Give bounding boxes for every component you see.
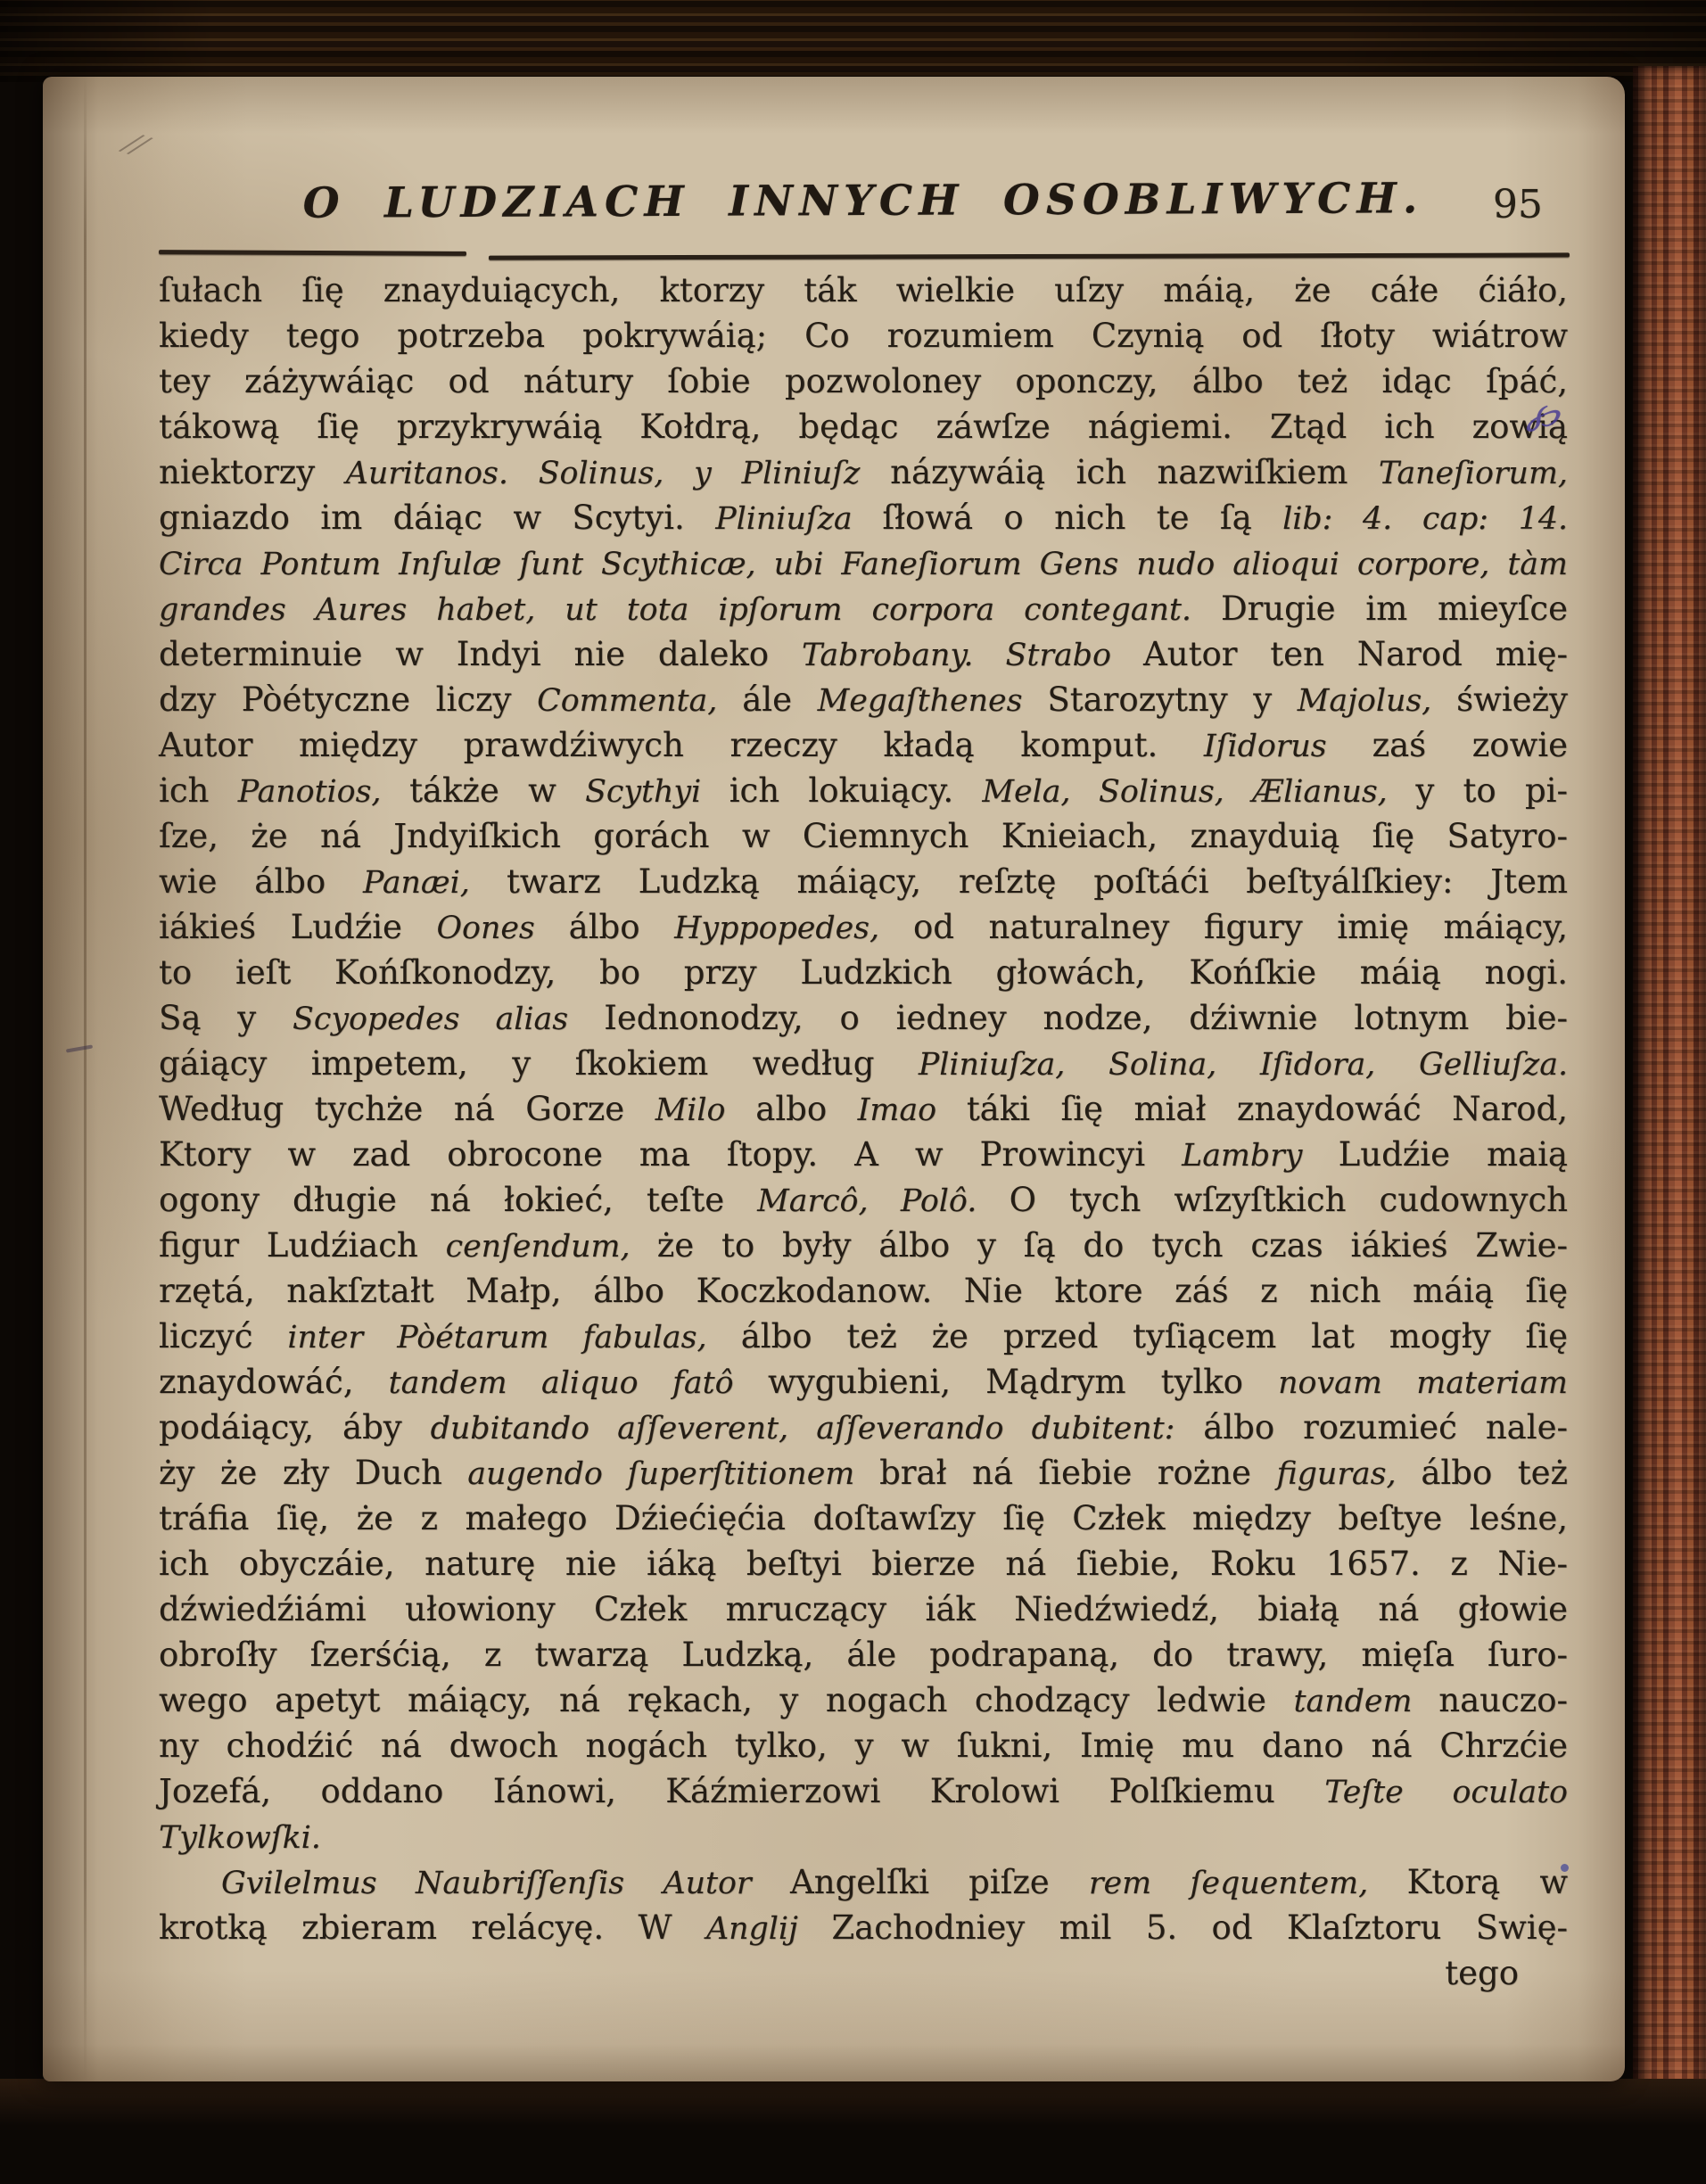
text-line: determinuie w Indyi nie daleko Tabrobany… xyxy=(159,631,1568,677)
text-line: Jozefá, oddano Iánowi, Káźmierzowi Krolo… xyxy=(159,1768,1568,1814)
text-line: ich Panotios, tákże w Scythyi ich lokuią… xyxy=(159,768,1568,813)
book-fore-edge xyxy=(1633,66,1706,2108)
text-line: tráfia ſię, że z małego Dźiećięćia doſta… xyxy=(159,1496,1568,1541)
text-line: ogony długie ná łokieć, teſte Marcô, Pol… xyxy=(159,1177,1568,1223)
text-line: Tylkowſki. xyxy=(159,1814,1568,1859)
text-line: Autor między prawdźiwych rzeczy kładą ko… xyxy=(159,722,1568,768)
catchword: tego xyxy=(159,1950,1568,1996)
text-line: Circa Pontum Inſulæ ſunt Scythicæ, ubi F… xyxy=(159,540,1568,586)
margin-pen-dash xyxy=(66,1044,93,1052)
text-line: wie álbo Panæi, twarz Ludzką máiący, reſ… xyxy=(159,859,1568,904)
text-line: figur Ludźiach cenſendum, że to były álb… xyxy=(159,1223,1568,1268)
text-line: tákową ſię przykrywáią Kołdrą, będąc záw… xyxy=(159,404,1568,449)
text-line: ich obyczáie, naturę nie iáką beſtyi bie… xyxy=(159,1541,1568,1586)
text-line: ny chodźić ná dwoch nogách tylko, y w ſu… xyxy=(159,1723,1568,1768)
book-scan: ⁄⁄ O LUDZIACH INNYCH OSOBLIWYCH. 95 ſuła… xyxy=(0,0,1706,2184)
text-line: ſułach ſię znayduiących, ktorzy ták wiel… xyxy=(159,268,1568,313)
text-line: gáiący impetem, y ſkokiem według Pliniuſ… xyxy=(159,1041,1568,1086)
header-rule-left xyxy=(159,250,466,256)
page-title: O LUDZIACH INNYCH OSOBLIWYCH. xyxy=(159,174,1568,229)
text-line: dźwiedźiámi ułowiony Człek mruczący iák … xyxy=(159,1586,1568,1632)
body-text: ſułach ſię znayduiących, ktorzy ták wiel… xyxy=(159,268,1568,1996)
header-rule-right xyxy=(489,252,1570,260)
text-line: Są y Scyopedes alias Iednonodzy, o iedne… xyxy=(159,995,1568,1041)
corner-pen-mark: ⁄⁄ xyxy=(123,127,151,166)
book-page: ⁄⁄ O LUDZIACH INNYCH OSOBLIWYCH. 95 ſuła… xyxy=(43,77,1625,2081)
text-line: rzętá, nakſztałt Małp, álbo Koczkodanow.… xyxy=(159,1268,1568,1314)
text-line: Ktory w zad obrocone ma ſtopy. A w Prowi… xyxy=(159,1132,1568,1177)
text-line: tey záżywáiąc od nátury ſobie pozwoloney… xyxy=(159,359,1568,404)
text-line: Według tychże ná Gorze Milo albo Imao tá… xyxy=(159,1086,1568,1132)
gutter-crease xyxy=(84,77,87,2081)
text-line: gniazdo im dáiąc w Scytyi. Pliniuſza ſło… xyxy=(159,495,1568,540)
text-line: liczyć inter Pòétarum fabulas, álbo też … xyxy=(159,1314,1568,1359)
text-line: podáiący, áby dubitando aſſeverent, aſſe… xyxy=(159,1405,1568,1450)
text-line: ży że zły Duch augendo ſuperſtitionem br… xyxy=(159,1450,1568,1496)
text-line: obroſły ſzerśćią, z twarzą Ludzką, ále p… xyxy=(159,1632,1568,1677)
text-line: to ieſt Końſkonodzy, bo przy Ludzkich gł… xyxy=(159,950,1568,995)
running-header: O LUDZIACH INNYCH OSOBLIWYCH. 95 xyxy=(159,177,1568,239)
page-number: 95 xyxy=(1493,182,1543,227)
text-line: grandes Aures habet, ut tota ipſorum cor… xyxy=(159,586,1568,631)
text-line: dzy Pòétyczne liczy Commenta, ále Megaſt… xyxy=(159,677,1568,722)
wood-board-top xyxy=(0,0,1706,82)
text-line: Gvilelmus Naubriſſenſis Autor Angelſki p… xyxy=(159,1859,1568,1905)
text-line: niektorzy Auritanos. Solinus, y Pliniuſz… xyxy=(159,449,1568,495)
dark-bottom-band xyxy=(0,2079,1706,2184)
margin-pen-dot xyxy=(1561,1864,1569,1872)
text-line: wego apetyt máiący, ná rękach, y nogach … xyxy=(159,1677,1568,1723)
text-line: krotką zbieram relácyę. W Anglij Zachodn… xyxy=(159,1905,1568,1950)
text-line: kiedy tego potrzeba pokrywáią; Co rozumi… xyxy=(159,313,1568,359)
text-line: iákieś Ludźie Oones álbo Hyppopedes, od … xyxy=(159,904,1568,950)
text-line: znaydowáć, tandem aliquo fatô wygubieni,… xyxy=(159,1359,1568,1405)
text-line: ſze, że ná Jndyiſkich gorách w Ciemnych … xyxy=(159,813,1568,859)
